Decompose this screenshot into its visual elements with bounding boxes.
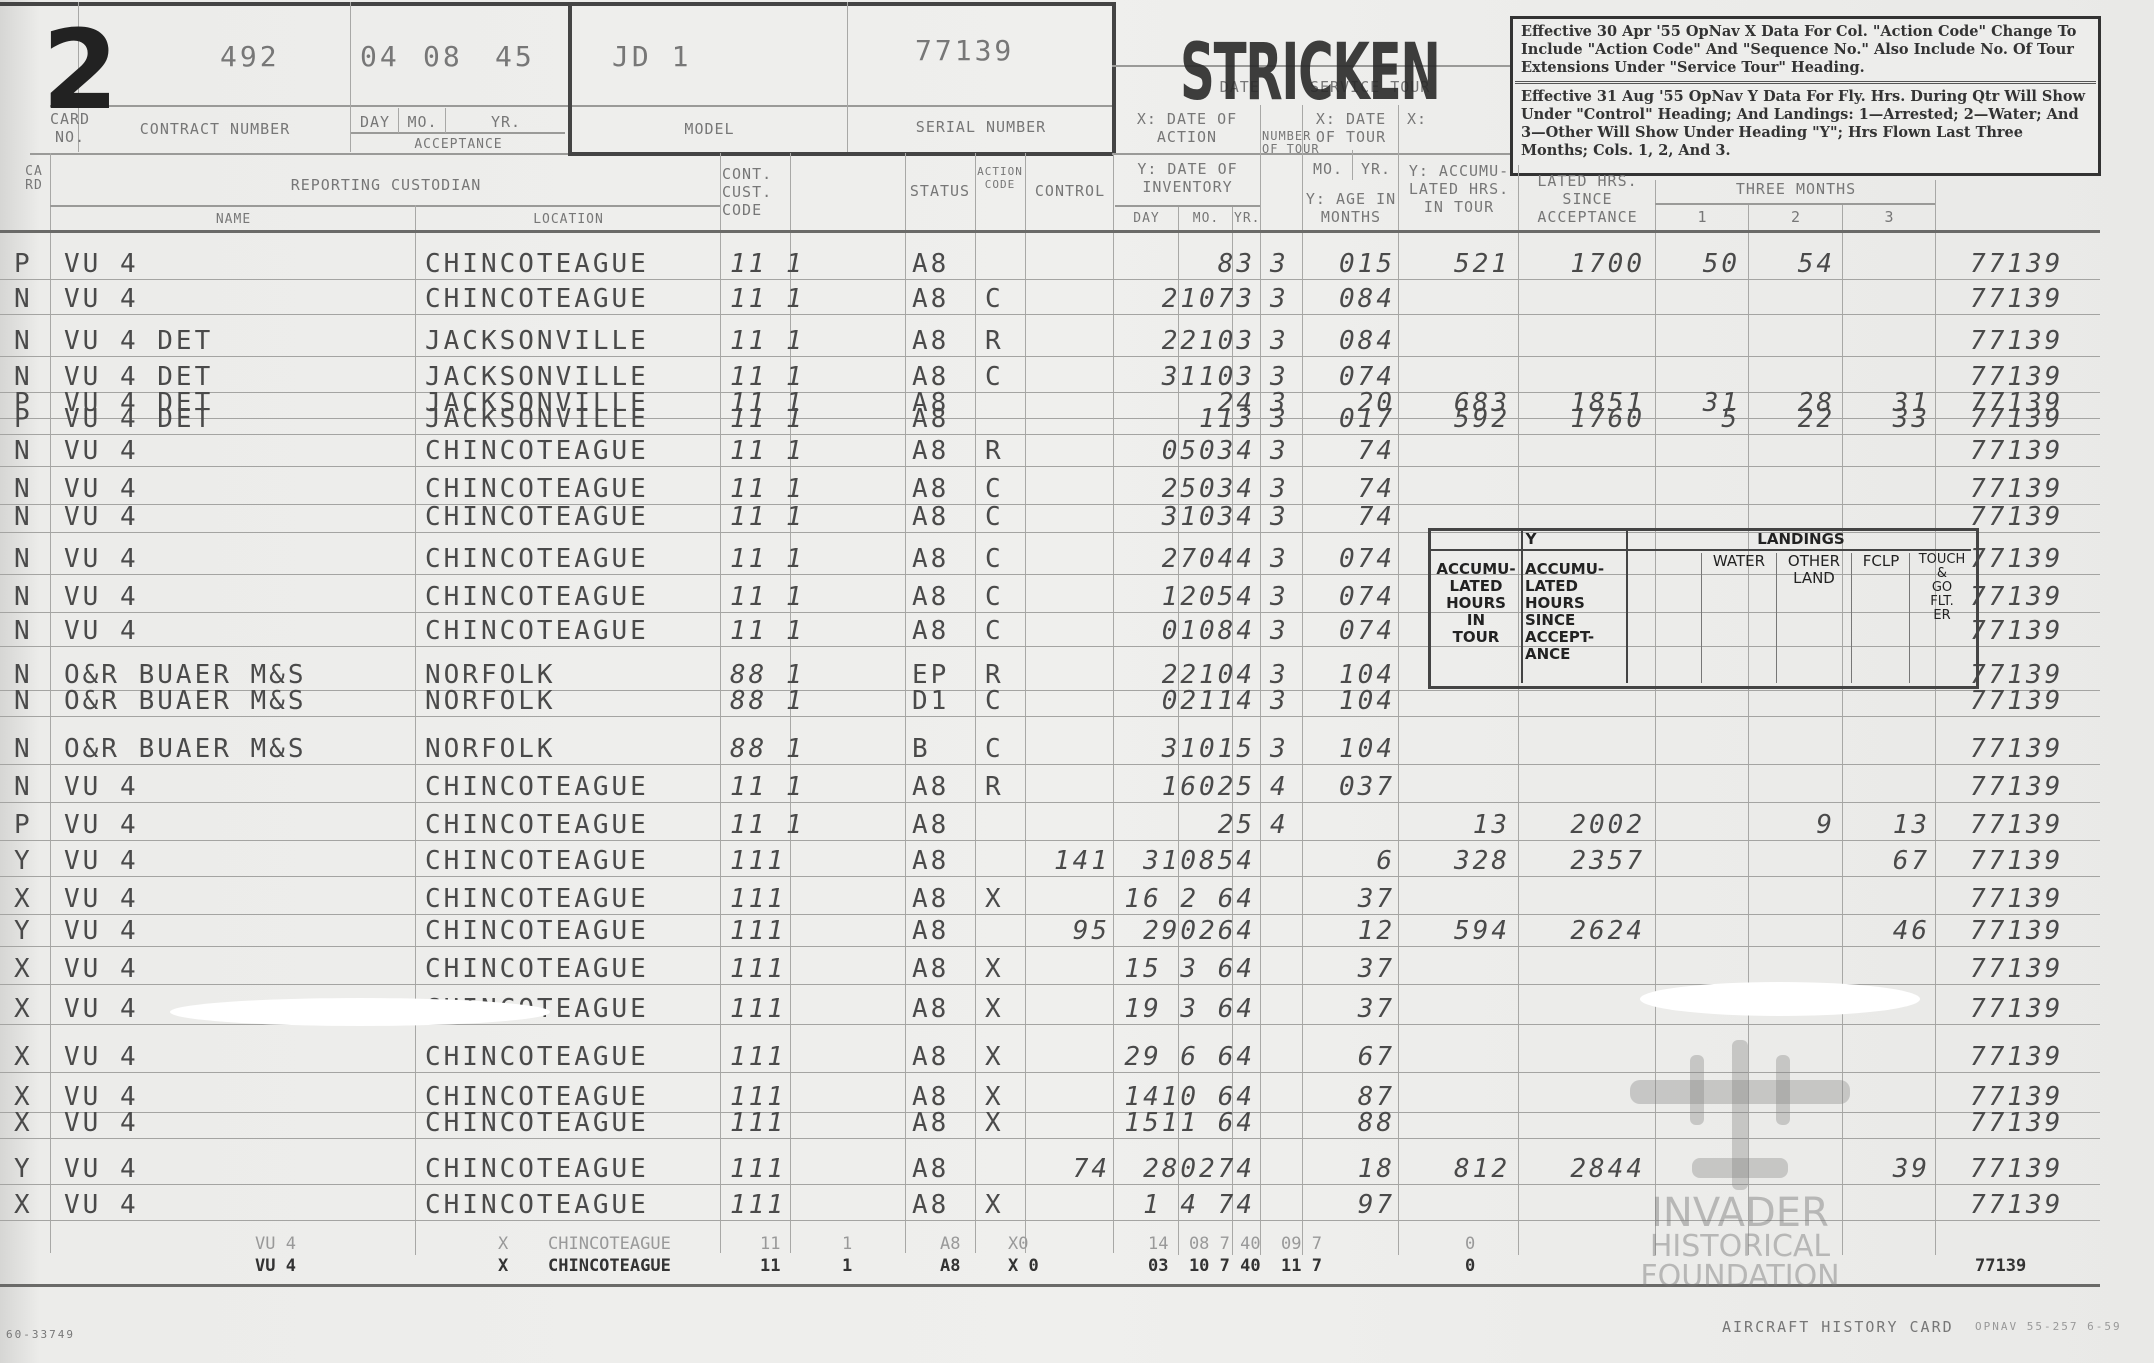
cell-location: NORFOLK bbox=[425, 686, 556, 716]
cell-name: VU 4 bbox=[64, 1108, 139, 1138]
cell-status: D1 bbox=[912, 686, 949, 716]
cell-status: A8 bbox=[912, 916, 949, 946]
cell-inv: 15 3 64 bbox=[1124, 954, 1255, 984]
damage-blot bbox=[1640, 982, 1920, 1016]
cell-m2: 9 bbox=[1816, 810, 1835, 840]
cell-name: VU 4 bbox=[64, 284, 139, 314]
rule bbox=[1655, 203, 1935, 205]
cell-card: P bbox=[14, 810, 33, 840]
cell-tour: 3 bbox=[1270, 249, 1289, 279]
rule bbox=[1776, 553, 1777, 683]
cell-m1: 5 bbox=[1721, 404, 1740, 434]
cell-cust: 111 bbox=[730, 1108, 786, 1138]
cell-tour: 3 bbox=[1270, 284, 1289, 314]
cell-name: VU 4 bbox=[64, 1190, 139, 1220]
cell-location: CHINCOTEAGUE bbox=[425, 1190, 649, 1220]
cell-m3: 46 bbox=[1893, 916, 1930, 946]
cell-cust: 111 bbox=[730, 846, 786, 876]
y-age-in-months-label: Y: AGE IN MONTHS bbox=[1304, 190, 1398, 226]
watermark-line-3: FOUNDATION bbox=[1620, 1262, 1860, 1292]
cell-status: A8 bbox=[912, 1190, 949, 1220]
header-divider bbox=[50, 105, 1115, 107]
cell-cust: 11 1 bbox=[730, 404, 805, 434]
printed-card: X bbox=[498, 1234, 508, 1254]
watermark-line-1: INVADER bbox=[1620, 1194, 1860, 1232]
printed-location: CHINCOTEAGUE bbox=[548, 1256, 671, 1276]
printed-location: CHINCOTEAGUE bbox=[548, 1234, 671, 1254]
cell-cust: 11 1 bbox=[730, 436, 805, 466]
cell-card: X bbox=[14, 1108, 33, 1138]
cell-location: CHINCOTEAGUE bbox=[425, 810, 649, 840]
row-rule bbox=[0, 946, 2100, 947]
cell-age: 017 bbox=[1339, 404, 1395, 434]
cell-name: VU 4 bbox=[64, 436, 139, 466]
cell-age: 104 bbox=[1339, 734, 1395, 764]
cell-cust: 88 1 bbox=[730, 686, 805, 716]
cell-card: Y bbox=[14, 1154, 33, 1184]
cell-location: CHINCOTEAGUE bbox=[425, 1042, 649, 1072]
cell-location: CHINCOTEAGUE bbox=[425, 772, 649, 802]
inset-water: WATER bbox=[1703, 553, 1775, 570]
number-of-tour-label: NUMBER OF TOUR bbox=[1262, 130, 1302, 156]
yr-label: YR. bbox=[447, 113, 565, 131]
cell-hrs-acc: 2357 bbox=[1570, 846, 1645, 876]
history-row: NVU 4CHINCOTEAGUE11 1A8C21073308477139 bbox=[0, 280, 2100, 316]
cell-tour: 4 bbox=[1270, 772, 1289, 802]
cell-serial: 77139 bbox=[1970, 686, 2063, 716]
airplane-icon bbox=[1620, 1040, 1860, 1190]
card-col-label: CARD bbox=[22, 165, 46, 193]
cell-tour: 3 bbox=[1270, 404, 1289, 434]
cell-name: VU 4 DET bbox=[64, 404, 213, 434]
acceptance-day-value: 04 bbox=[360, 40, 400, 73]
cell-tour: 3 bbox=[1270, 502, 1289, 532]
cell-location: JACKSONVILLE bbox=[425, 326, 649, 356]
acceptance-yr-value: 45 bbox=[495, 40, 535, 73]
cell-hrs-tour: 521 bbox=[1454, 249, 1510, 279]
cell-inv: 02114 bbox=[1162, 686, 1255, 716]
cell-inv: 16025 bbox=[1162, 772, 1255, 802]
cell-serial: 77139 bbox=[1970, 1154, 2063, 1184]
inset-landings-label: LANDINGS bbox=[1631, 531, 1971, 548]
cell-serial: 77139 bbox=[1970, 582, 2063, 612]
printed-cust2: 1 bbox=[842, 1256, 852, 1276]
cell-inv: 25 bbox=[1218, 810, 1255, 840]
cell-status: A8 bbox=[912, 326, 949, 356]
cell-inv: 31034 bbox=[1162, 502, 1255, 532]
damage-blot bbox=[170, 998, 550, 1026]
row-rule bbox=[0, 840, 2100, 841]
cell-m3: 13 bbox=[1893, 810, 1930, 840]
cell-location: CHINCOTEAGUE bbox=[425, 846, 649, 876]
control-label: CONTROL bbox=[1027, 182, 1113, 200]
cell-hrs-tour: 592 bbox=[1454, 404, 1510, 434]
cell-inv: 83 bbox=[1218, 249, 1255, 279]
cell-age: 084 bbox=[1339, 326, 1395, 356]
rule bbox=[1909, 553, 1910, 683]
row-rule bbox=[0, 802, 2100, 803]
month-3-label: 3 bbox=[1844, 208, 1935, 226]
cell-inv: 1511 64 bbox=[1124, 1108, 1255, 1138]
cell-cust: 111 bbox=[730, 1154, 786, 1184]
invader-foundation-watermark: INVADER HISTORICAL FOUNDATION bbox=[1620, 1040, 1860, 1292]
cell-tour: 3 bbox=[1270, 436, 1289, 466]
history-row: PVU 4 DETJACKSONVILLE11 1A81133017592176… bbox=[0, 400, 2100, 436]
cell-card: X bbox=[14, 1042, 33, 1072]
cell-action: C bbox=[985, 582, 1004, 612]
cell-name: VU 4 bbox=[64, 249, 139, 279]
cell-name: O&R BUAER M&S bbox=[64, 734, 307, 764]
cell-serial: 77139 bbox=[1970, 249, 2063, 279]
printed-status: A8 bbox=[940, 1234, 960, 1254]
cell-card: N bbox=[14, 502, 33, 532]
cell-action: X bbox=[985, 1108, 1004, 1138]
cell-card: Y bbox=[14, 916, 33, 946]
cell-location: CHINCOTEAGUE bbox=[425, 249, 649, 279]
cell-serial: 77139 bbox=[1970, 916, 2063, 946]
cell-card: P bbox=[14, 249, 33, 279]
cell-serial: 77139 bbox=[1970, 404, 2063, 434]
cell-serial: 77139 bbox=[1970, 284, 2063, 314]
cell-name: VU 4 bbox=[64, 772, 139, 802]
cell-status: A8 bbox=[912, 284, 949, 314]
mo-label: MO. bbox=[400, 113, 445, 131]
cell-age: 037 bbox=[1339, 772, 1395, 802]
rule bbox=[445, 108, 446, 133]
history-row: NVU 4 DETJACKSONVILLE11 1A8R221033084771… bbox=[0, 322, 2100, 358]
cell-status: A8 bbox=[912, 810, 949, 840]
rule bbox=[50, 205, 720, 207]
cell-card: X bbox=[14, 884, 33, 914]
rule bbox=[1521, 531, 1523, 683]
cell-action: X bbox=[985, 954, 1004, 984]
location-label: LOCATION bbox=[417, 211, 720, 229]
cell-serial: 77139 bbox=[1970, 616, 2063, 646]
cell-name: VU 4 bbox=[64, 954, 139, 984]
cell-hrs-acc: 1760 bbox=[1570, 404, 1645, 434]
history-row: XVU 4CHINCOTEAGUE111A8X16 2 643777139 bbox=[0, 880, 2100, 916]
cell-cust: 11 1 bbox=[730, 502, 805, 532]
cell-cust: 111 bbox=[730, 884, 786, 914]
cell-action: R bbox=[985, 772, 1004, 802]
inv-yr-label: YR. bbox=[1234, 210, 1260, 228]
cell-inv: 05034 bbox=[1162, 436, 1255, 466]
cell-location: CHINCOTEAGUE bbox=[425, 284, 649, 314]
cell-inv: 290264 bbox=[1143, 916, 1255, 946]
inset-accum-tour: ACCUMU- LATED HOURS IN TOUR bbox=[1433, 561, 1519, 646]
cell-age: 18 bbox=[1358, 1154, 1395, 1184]
cell-status: A8 bbox=[912, 1154, 949, 1184]
cell-cust: 11 1 bbox=[730, 249, 805, 279]
cell-status: A8 bbox=[912, 502, 949, 532]
inv-mo-label: MO. bbox=[1180, 210, 1232, 228]
inset-y-label: Y bbox=[1431, 531, 1631, 548]
cell-location: CHINCOTEAGUE bbox=[425, 582, 649, 612]
cell-hrs-tour: 13 bbox=[1473, 810, 1510, 840]
cell-hrs-acc: 1700 bbox=[1570, 249, 1645, 279]
model-value: JD 1 bbox=[612, 40, 691, 73]
model-label: MODEL bbox=[572, 120, 847, 138]
printed-card: X bbox=[498, 1256, 508, 1276]
cell-action: C bbox=[985, 616, 1004, 646]
cell-m2: 22 bbox=[1798, 404, 1835, 434]
history-row: YVU 4CHINCOTEAGUE111A8952902641259426244… bbox=[0, 912, 2100, 948]
printed-hrs: 0 bbox=[1465, 1256, 1475, 1276]
model-box-bottom bbox=[568, 152, 1113, 156]
inv-day-label: DAY bbox=[1115, 210, 1178, 228]
serial-number-value: 77139 bbox=[915, 34, 1014, 67]
cell-status: A8 bbox=[912, 994, 949, 1024]
action-code-label: ACTION CODE bbox=[977, 165, 1023, 191]
cell-name: VU 4 bbox=[64, 994, 139, 1024]
cell-card: N bbox=[14, 582, 33, 612]
printed-name: VU 4 bbox=[255, 1256, 296, 1276]
cell-status: A8 bbox=[912, 1042, 949, 1072]
three-months-label: THREE MONTHS bbox=[1657, 180, 1935, 198]
cell-serial: 77139 bbox=[1970, 436, 2063, 466]
cell-inv: 12054 bbox=[1162, 582, 1255, 612]
row-rule bbox=[0, 356, 2100, 357]
cell-card: N bbox=[14, 772, 33, 802]
rule bbox=[1701, 553, 1702, 683]
day-label: DAY bbox=[352, 113, 398, 131]
cell-tour: 3 bbox=[1270, 582, 1289, 612]
rule bbox=[1115, 205, 1260, 207]
history-row: NVU 4CHINCOTEAGUE11 1A8R16025403777139 bbox=[0, 768, 2100, 804]
cell-serial: 77139 bbox=[1970, 810, 2063, 840]
inset-touch-and-go: TOUCH & GO FLT. ER bbox=[1911, 553, 1973, 623]
cell-name: VU 4 bbox=[64, 544, 139, 574]
cell-location: CHINCOTEAGUE bbox=[425, 436, 649, 466]
cell-card: P bbox=[14, 404, 33, 434]
row-rule bbox=[0, 716, 2100, 717]
cell-cust: 111 bbox=[730, 1042, 786, 1072]
printed-cust: 11 bbox=[760, 1256, 780, 1276]
y-accum-hrs-tour-label: Y: ACCUMU- LATED HRS. IN TOUR bbox=[1400, 162, 1518, 216]
printed-dates: 03 10 7 40 11 7 bbox=[1148, 1256, 1322, 1276]
printed-action: X0 bbox=[1008, 1234, 1028, 1254]
cell-age: 074 bbox=[1339, 544, 1395, 574]
cell-name: VU 4 DET bbox=[64, 326, 213, 356]
acceptance-mo-value: 08 bbox=[423, 40, 463, 73]
cell-inv: 113 bbox=[1199, 404, 1255, 434]
cell-card: N bbox=[14, 284, 33, 314]
cell-card: N bbox=[14, 326, 33, 356]
cell-action: X bbox=[985, 884, 1004, 914]
y-date-of-inventory-label: Y: DATE OF INVENTORY bbox=[1115, 160, 1260, 196]
row-rule bbox=[0, 764, 2100, 765]
cell-status: A8 bbox=[912, 772, 949, 802]
cell-cust: 111 bbox=[730, 954, 786, 984]
cell-action: C bbox=[985, 734, 1004, 764]
reporting-custodian-label: REPORTING CUSTODIAN bbox=[52, 176, 720, 194]
printed-serial: 77139 bbox=[1975, 1256, 2026, 1276]
cell-age: 084 bbox=[1339, 284, 1395, 314]
cell-name: VU 4 bbox=[64, 916, 139, 946]
name-label: NAME bbox=[52, 211, 415, 229]
cell-tour: 3 bbox=[1270, 326, 1289, 356]
cell-action: C bbox=[985, 284, 1004, 314]
row-rule bbox=[0, 876, 2100, 877]
cell-location: JACKSONVILLE bbox=[425, 404, 649, 434]
cell-cust: 11 1 bbox=[730, 326, 805, 356]
cell-serial: 77139 bbox=[1970, 502, 2063, 532]
cell-status: A8 bbox=[912, 954, 949, 984]
cell-location: CHINCOTEAGUE bbox=[425, 544, 649, 574]
cell-inv: 1 4 74 bbox=[1143, 1190, 1255, 1220]
cell-serial: 77139 bbox=[1970, 734, 2063, 764]
cell-age: 37 bbox=[1358, 884, 1395, 914]
cell-age: 74 bbox=[1358, 502, 1395, 532]
history-row: XVU 4CHINCOTEAGUE111A8X15 3 643777139 bbox=[0, 950, 2100, 986]
cell-hrs-tour: 328 bbox=[1454, 846, 1510, 876]
cell-age: 074 bbox=[1339, 582, 1395, 612]
cell-hrs-acc: 2624 bbox=[1570, 916, 1645, 946]
aircraft-history-card: 2 CARD NO. 492 CONTRACT NUMBER 04 08 45 … bbox=[0, 0, 2154, 1363]
row-rule bbox=[0, 466, 2100, 467]
cell-cust: 11 1 bbox=[730, 772, 805, 802]
cell-inv: 16 2 64 bbox=[1124, 884, 1255, 914]
cell-inv: 280274 bbox=[1143, 1154, 1255, 1184]
cell-cust: 88 1 bbox=[730, 734, 805, 764]
cell-status: A8 bbox=[912, 582, 949, 612]
cell-action: C bbox=[985, 544, 1004, 574]
cell-status: A8 bbox=[912, 616, 949, 646]
top-border bbox=[0, 2, 1115, 6]
card-number: 2 bbox=[42, 20, 119, 120]
cell-age: 015 bbox=[1339, 249, 1395, 279]
cell-hrs-tour: 594 bbox=[1454, 916, 1510, 946]
contract-number-label: CONTRACT NUMBER bbox=[80, 120, 350, 138]
cell-tour: 3 bbox=[1270, 734, 1289, 764]
cell-inv: 310854 bbox=[1143, 846, 1255, 876]
printed-name: VU 4 bbox=[255, 1234, 296, 1254]
cell-serial: 77139 bbox=[1970, 1108, 2063, 1138]
cell-age: 104 bbox=[1339, 686, 1395, 716]
notice-box: Effective 30 Apr '55 OpNav X Data For Co… bbox=[1510, 16, 2101, 176]
cell-card: N bbox=[14, 436, 33, 466]
cell-name: VU 4 bbox=[64, 1042, 139, 1072]
cell-serial: 77139 bbox=[1970, 884, 2063, 914]
cell-action: C bbox=[985, 686, 1004, 716]
cell-action: X bbox=[985, 1042, 1004, 1072]
cell-status: A8 bbox=[912, 884, 949, 914]
cell-location: CHINCOTEAGUE bbox=[425, 616, 649, 646]
month-2-label: 2 bbox=[1750, 208, 1842, 226]
inset-accum-acceptance: ACCUMU- LATED HOURS SINCE ACCEPT- ANCE bbox=[1525, 561, 1625, 663]
cell-cust: 11 1 bbox=[730, 544, 805, 574]
contract-number-value: 492 bbox=[220, 40, 280, 73]
cell-status: A8 bbox=[912, 846, 949, 876]
accum-since-acceptance-label: LATED HRS. SINCE ACCEPTANCE bbox=[1520, 172, 1655, 226]
cell-control: 74 bbox=[1073, 1154, 1110, 1184]
printed-status: A8 bbox=[940, 1256, 960, 1276]
cell-action: R bbox=[985, 326, 1004, 356]
cell-action: C bbox=[985, 502, 1004, 532]
notice-para-1: Effective 30 Apr '55 OpNav X Data For Co… bbox=[1513, 19, 2098, 81]
cell-age: 37 bbox=[1358, 994, 1395, 1024]
rule bbox=[398, 108, 399, 133]
cell-card: X bbox=[14, 994, 33, 1024]
cell-serial: 77139 bbox=[1970, 772, 2063, 802]
cell-location: CHINCOTEAGUE bbox=[425, 916, 649, 946]
cell-serial: 77139 bbox=[1970, 326, 2063, 356]
cell-cust: 111 bbox=[730, 1190, 786, 1220]
rule bbox=[1352, 150, 1353, 180]
cell-location: CHINCOTEAGUE bbox=[425, 1154, 649, 1184]
cell-tour: 3 bbox=[1270, 616, 1289, 646]
printed-cust: 11 bbox=[760, 1234, 780, 1254]
cell-name: VU 4 bbox=[64, 884, 139, 914]
cell-serial: 77139 bbox=[1970, 954, 2063, 984]
cont-cust-code-label: CONT. CUST. CODE bbox=[722, 165, 788, 219]
cell-cust: 11 1 bbox=[730, 284, 805, 314]
cell-action: X bbox=[985, 1190, 1004, 1220]
row-rule bbox=[0, 314, 2100, 315]
cell-serial: 77139 bbox=[1970, 544, 2063, 574]
tour-mo-label: MO. bbox=[1304, 160, 1352, 178]
acceptance-divider bbox=[350, 132, 565, 134]
cell-card: X bbox=[14, 1190, 33, 1220]
cell-card: N bbox=[14, 544, 33, 574]
cell-cust: 111 bbox=[730, 994, 786, 1024]
cell-inv: 31015 bbox=[1162, 734, 1255, 764]
cell-age: 97 bbox=[1358, 1190, 1395, 1220]
cell-inv: 21073 bbox=[1162, 284, 1255, 314]
cell-name: O&R BUAER M&S bbox=[64, 686, 307, 716]
cell-name: VU 4 bbox=[64, 616, 139, 646]
cell-status: B bbox=[912, 734, 931, 764]
cell-location: CHINCOTEAGUE bbox=[425, 954, 649, 984]
cell-serial: 77139 bbox=[1970, 846, 2063, 876]
cell-location: CHINCOTEAGUE bbox=[425, 884, 649, 914]
cell-name: VU 4 bbox=[64, 810, 139, 840]
cell-status: A8 bbox=[912, 404, 949, 434]
cell-age: 37 bbox=[1358, 954, 1395, 984]
rule bbox=[350, 2, 351, 152]
rule bbox=[1431, 549, 1971, 551]
cell-inv: 29 6 64 bbox=[1124, 1042, 1255, 1072]
cell-location: CHINCOTEAGUE bbox=[425, 1108, 649, 1138]
cell-name: VU 4 bbox=[64, 846, 139, 876]
cell-age: 12 bbox=[1358, 916, 1395, 946]
stricken-stamp: STRICKEN bbox=[1180, 28, 1440, 118]
status-label: STATUS bbox=[905, 182, 975, 200]
history-row: YVU 4CHINCOTEAGUE111A8141310854632823576… bbox=[0, 842, 2100, 878]
history-row: NVU 4CHINCOTEAGUE11 1A8R0503437477139 bbox=[0, 432, 2100, 468]
cell-age: 074 bbox=[1339, 616, 1395, 646]
cell-serial: 77139 bbox=[1970, 994, 2063, 1024]
cell-cust: 11 1 bbox=[730, 582, 805, 612]
serial-number-label: SERIAL NUMBER bbox=[850, 118, 1112, 136]
printed-action: X 0 bbox=[1008, 1256, 1039, 1276]
printed-hrs: 0 bbox=[1465, 1234, 1475, 1254]
form-number: 60-33749 bbox=[6, 1328, 75, 1341]
history-row: PVU 4CHINCOTEAGUE11 1A883301552117005054… bbox=[0, 245, 2100, 281]
cell-cust: 11 1 bbox=[730, 810, 805, 840]
cell-age: 6 bbox=[1376, 846, 1395, 876]
cell-card: Y bbox=[14, 846, 33, 876]
inset-other-land: OTHER LAND bbox=[1778, 553, 1850, 587]
cell-status: A8 bbox=[912, 436, 949, 466]
cell-card: N bbox=[14, 734, 33, 764]
cell-tour: 4 bbox=[1270, 810, 1289, 840]
printed-cust2: 1 bbox=[842, 1234, 852, 1254]
cell-name: VU 4 bbox=[64, 502, 139, 532]
notice-para-2: Effective 31 Aug '55 OpNav Y Data For Fl… bbox=[1513, 84, 2098, 164]
cell-hrs-tour: 812 bbox=[1454, 1154, 1510, 1184]
cell-serial: 77139 bbox=[1970, 1042, 2063, 1072]
